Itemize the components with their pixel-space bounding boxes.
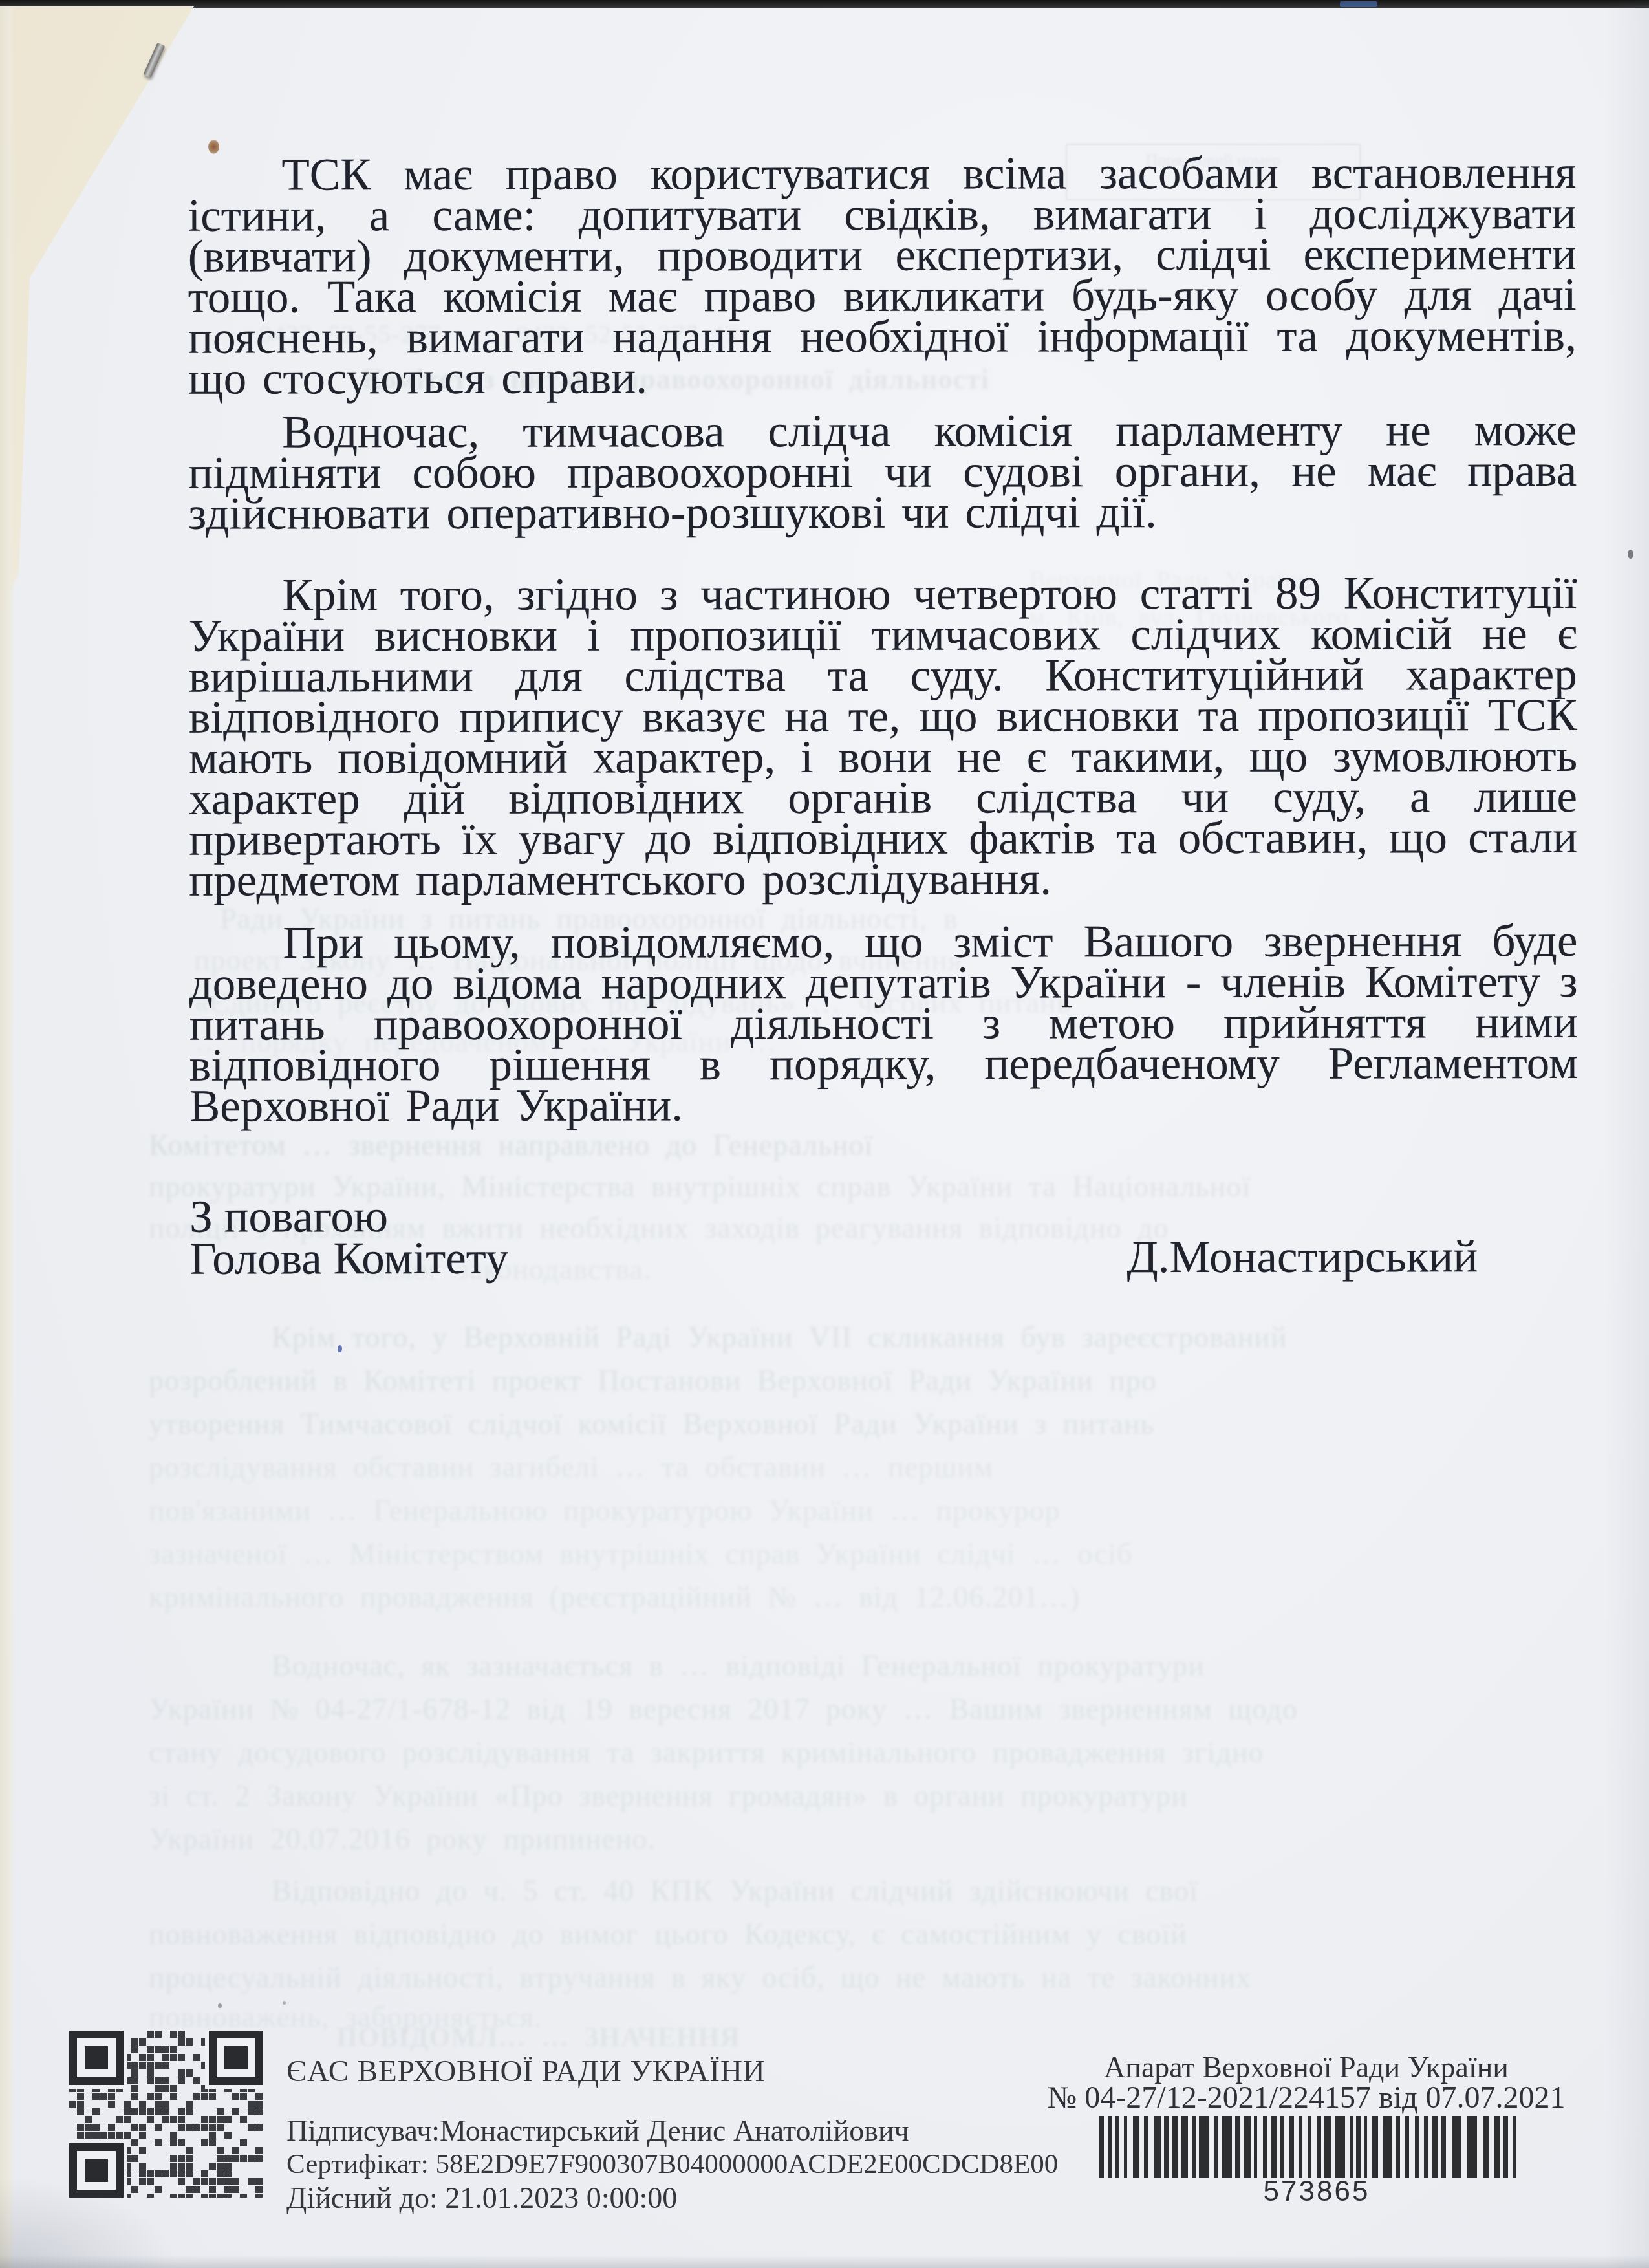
barcode-bar	[1271, 2116, 1277, 2178]
barcode-bar	[1099, 2116, 1104, 2178]
barcode-bar	[1154, 2116, 1161, 2178]
barcode-bar	[1214, 2116, 1218, 2178]
barcode-bar	[1467, 2116, 1477, 2178]
barcode-bar	[1372, 2116, 1378, 2178]
barcode-bar	[1192, 2116, 1196, 2178]
letter-body: ТСК має право користуватися всіма засоба…	[0, 0, 1649, 2268]
scanned-letter-page: Порядковий номер № 0422 52-55-277 …‥ 042…	[0, 0, 1649, 2268]
barcode-bar	[1172, 2116, 1178, 2178]
barcode-bar	[1364, 2116, 1367, 2178]
barcode-bar	[1244, 2116, 1251, 2178]
barcode-bar	[1432, 2116, 1438, 2178]
barcode-bar	[1324, 2116, 1331, 2178]
barcode-bar	[1299, 2116, 1302, 2178]
barcode-bar	[1308, 2116, 1311, 2178]
barcode-bar	[1222, 2116, 1232, 2178]
paragraph-tsk-powers: ТСК має право користуватися всіма засоба…	[188, 153, 1577, 400]
barcode-bar	[1356, 2116, 1361, 2178]
signature-row: Голова Комітету Д.Монастирський	[189, 1237, 1478, 1279]
barcode-bar	[1235, 2116, 1240, 2178]
barcode-bar	[1415, 2116, 1419, 2178]
barcode-bar	[1164, 2116, 1169, 2178]
barcode-bar	[1405, 2116, 1409, 2178]
barcode-bar	[1441, 2116, 1446, 2178]
closing-salutation: З повагою	[189, 1196, 388, 1238]
barcode-bar	[1494, 2116, 1500, 2178]
paragraph-constitution-art89: Крім того, згідно з частиною четвертою с…	[188, 573, 1577, 902]
barcode-bar	[1452, 2116, 1461, 2178]
validity-line: Дійсний до: 21.01.2023 0:00:00	[286, 2181, 677, 2215]
signer-name: Д.Монастирський	[1126, 1237, 1478, 1278]
barcode-bar	[1144, 2116, 1148, 2178]
barcode-bar	[1383, 2116, 1392, 2178]
barcode-bar	[1483, 2116, 1489, 2178]
digital-signer-line: Підписувач:Монастирський Денис Анатолійо…	[286, 2113, 909, 2148]
barcode-bar	[1350, 2116, 1353, 2178]
barcode-bar	[1115, 2116, 1119, 2178]
certificate-line: Сертифікат: 58E2D9E7F900307B04000000ACDE…	[286, 2148, 1058, 2180]
barcode-bar	[1108, 2116, 1112, 2178]
barcode-bar	[1335, 2116, 1345, 2178]
barcode-bar	[1513, 2116, 1516, 2178]
paragraph-limitations: Водночас, тимчасова слідча комісія парла…	[188, 410, 1577, 535]
barcode	[1099, 2116, 1534, 2178]
barcode-number: 573865	[1099, 2176, 1534, 2208]
paragraph-notification: При цьому, повідомляємо, що зміст Вашого…	[189, 921, 1578, 1127]
barcode-bar	[1199, 2116, 1209, 2178]
barcode-bar	[1254, 2116, 1257, 2178]
barcode-bar	[1263, 2116, 1267, 2178]
barcode-bar	[1317, 2116, 1321, 2178]
barcode-bar	[1280, 2116, 1284, 2178]
barcode-bar	[1124, 2116, 1127, 2178]
eas-system-label: ЄАС ВЕРХОВНОЇ РАДИ УКРАЇНИ	[286, 2054, 766, 2089]
barcode-bar	[1396, 2116, 1400, 2178]
registration-number: № 04-27/12-2021/224157 від 07.07.2021	[1035, 2080, 1578, 2115]
qr-code	[69, 2031, 263, 2198]
barcode-bar	[1503, 2116, 1508, 2178]
scan-canvas: { "colors": { "paper": "#eef0f4", "ink":…	[0, 0, 1649, 2268]
barcode-bar	[1424, 2116, 1428, 2178]
barcode-bar	[1181, 2116, 1188, 2178]
barcode-bar	[1133, 2116, 1139, 2178]
barcode-bar	[1289, 2116, 1294, 2178]
signer-title: Голова Комітету	[189, 1238, 508, 1280]
